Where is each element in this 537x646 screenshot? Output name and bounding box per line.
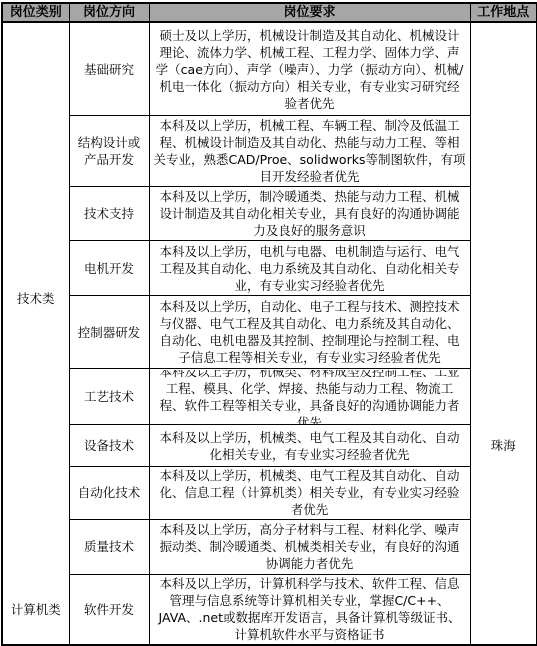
header-cell-location: 工作地点 bbox=[470, 3, 537, 22]
location-label: 珠海 bbox=[471, 23, 537, 644]
requirement-cell-structural-design: 本科及以上学历，机械工程、车辆工程、制冷及低温工程、机械设计制造及其自动化、热能… bbox=[149, 116, 470, 186]
table-row: 自动化技术 本科及以上学历，机械类、电气工程及其自动化、自动化、信息工程（计算机… bbox=[2, 466, 537, 519]
direction-cell-software-development: 软件开发 bbox=[69, 574, 149, 645]
table-row: 结构设计或产品开发 本科及以上学历，机械工程、车辆工程、制冷及低温工程、机械设计… bbox=[2, 116, 537, 186]
table-row: 工艺技术 本科及以上学历，机械类、材料成型及控制工程、工业工程、模具、化学、焊接… bbox=[2, 369, 537, 425]
requirement-cell-basic-research: 硕士及以上学历，机械设计制造及其自动化、机械设计理论、流体力学、机械工程、工程力… bbox=[149, 22, 470, 116]
direction-cell-motor-development: 电机开发 bbox=[69, 241, 149, 296]
direction-cell-basic-research: 基础研究 bbox=[69, 22, 149, 116]
category-label-computer: 计算机类 bbox=[3, 575, 69, 644]
table-row: 设备技术 本科及以上学历，机械类、电气工程及其自动化、自动化相关专业，有专业实习… bbox=[2, 425, 537, 467]
table-row: 质量技术 本科及以上学历，高分子材料与工程、材料化学、噪声振动类、制冷暖通类、机… bbox=[2, 519, 537, 574]
job-positions-table: 岗位类别 岗位方向 岗位要求 工作地点 技术类 基础研究 硕士及以上学历，机械设… bbox=[1, 2, 537, 646]
direction-cell-controller-rd: 控制器研发 bbox=[69, 296, 149, 369]
header-cell-category: 岗位类别 bbox=[2, 3, 69, 22]
requirement-cell-automation-technology: 本科及以上学历，机械类、电气工程及其自动化、自动化、信息工程（计算机类）相关专业… bbox=[149, 466, 470, 519]
requirement-cell-controller-rd: 本科及以上学历，自动化、电子工程与技术、测控技术与仪器、电气工程及其自动化、电力… bbox=[149, 296, 470, 369]
direction-cell-equipment-technology: 设备技术 bbox=[69, 425, 149, 467]
requirement-cell-quality-technology: 本科及以上学历，高分子材料与工程、材料化学、噪声振动类、制冷暖通类、机械类相关专… bbox=[149, 519, 470, 574]
table-row: 技术类 基础研究 硕士及以上学历，机械设计制造及其自动化、机械设计理论、流体力学… bbox=[2, 22, 537, 116]
header-cell-requirement: 岗位要求 bbox=[149, 3, 470, 22]
direction-cell-automation-technology: 自动化技术 bbox=[69, 466, 149, 519]
location-cell: 珠海 bbox=[470, 22, 537, 645]
requirement-cell-technical-support: 本科及以上学历，制冷暖通类、热能与动力工程、机械设计制造及其自动化相关专业，具有… bbox=[149, 186, 470, 241]
requirement-cell-process-technology: 本科及以上学历，机械类、材料成型及控制工程、工业工程、模具、化学、焊接、热能与动… bbox=[149, 369, 470, 425]
table-row: 控制器研发 本科及以上学历，自动化、电子工程与技术、测控技术与仪器、电气工程及其… bbox=[2, 296, 537, 369]
requirement-cell-equipment-technology: 本科及以上学历，机械类、电气工程及其自动化、自动化相关专业，有专业实习经验者优先 bbox=[149, 425, 470, 467]
requirement-cell-software-development: 本科及以上学历，计算机科学与技术、软件工程、信息管理与信息系统等计算机相关专业，… bbox=[149, 574, 470, 645]
table-row: 计算机类 软件开发 本科及以上学历，计算机科学与技术、软件工程、信息管理与信息系… bbox=[2, 574, 537, 645]
direction-cell-process-technology: 工艺技术 bbox=[69, 369, 149, 425]
direction-cell-technical-support: 技术支持 bbox=[69, 186, 149, 241]
table-row: 电机开发 本科及以上学历，电机与电器、电机制造与运行、电气工程及其自动化、电力系… bbox=[2, 241, 537, 296]
table-row: 技术支持 本科及以上学历，制冷暖通类、热能与动力工程、机械设计制造及其自动化相关… bbox=[2, 186, 537, 241]
direction-cell-quality-technology: 质量技术 bbox=[69, 519, 149, 574]
direction-cell-structural-design: 结构设计或产品开发 bbox=[69, 116, 149, 186]
category-label-technical: 技术类 bbox=[3, 24, 69, 574]
header-cell-direction: 岗位方向 bbox=[69, 3, 149, 22]
category-cell-technical: 技术类 bbox=[2, 22, 69, 574]
header-row: 岗位类别 岗位方向 岗位要求 工作地点 bbox=[2, 3, 537, 22]
requirement-cell-motor-development: 本科及以上学历，电机与电器、电机制造与运行、电气工程及其自动化、电力系统及其自动… bbox=[149, 241, 470, 296]
category-cell-computer: 计算机类 bbox=[2, 574, 69, 645]
